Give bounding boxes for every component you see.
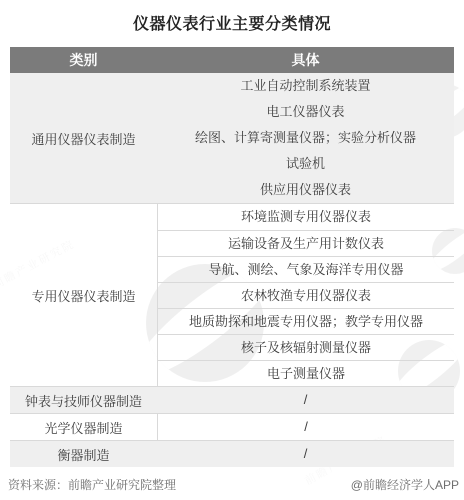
- table-group-special-instruments: 专用仪器仪表制造 环境监测专用仪器仪表 运输设备及生产用计数仪表 导航、测绘、气…: [10, 203, 454, 387]
- detail-cell: 绘图、计算寄测量仪器；实验分析仪器: [157, 125, 454, 151]
- detail-cell-list: 工业自动控制系统装置 电工仪器仪表 绘图、计算寄测量仪器；实验分析仪器 试验机 …: [157, 73, 454, 203]
- detail-cell: 电子测量仪器: [158, 360, 454, 386]
- table-group-weighing-instruments: 衡器制造 /: [10, 441, 454, 467]
- category-cell: 专用仪器仪表制造: [10, 204, 157, 386]
- detail-cell: 电工仪器仪表: [157, 99, 454, 125]
- detail-cell-list: /: [157, 387, 454, 413]
- category-cell: 通用仪器仪表制造: [10, 73, 157, 203]
- category-cell: 钟表与技师仪器制造: [10, 387, 157, 413]
- credit-note: @前瞻经济学人APP: [351, 476, 459, 493]
- detail-cell: 核子及核辐射测量仪器: [158, 334, 454, 360]
- detail-cell: 导航、测绘、气象及海洋专用仪器: [158, 256, 454, 282]
- detail-cell: /: [158, 414, 454, 440]
- detail-cell: 农林牧渔专用仪器仪表: [158, 282, 454, 308]
- page-title: 仪器仪表行业主要分类情况: [0, 0, 464, 34]
- detail-cell-list: 环境监测专用仪器仪表 运输设备及生产用计数仪表 导航、测绘、气象及海洋专用仪器 …: [157, 204, 454, 386]
- table-header-row: 类别 具体: [10, 47, 454, 73]
- classification-table: 类别 具体 通用仪器仪表制造 工业自动控制系统装置 电工仪器仪表 绘图、计算寄测…: [10, 47, 454, 467]
- category-cell: 衡器制造: [10, 441, 157, 467]
- detail-cell: 工业自动控制系统装置: [157, 73, 454, 99]
- table-group-clock-instruments: 钟表与技师仪器制造 /: [10, 387, 454, 413]
- category-cell: 光学仪器制造: [10, 414, 157, 440]
- detail-cell: 供应用仪器仪表: [157, 177, 454, 203]
- footer: 资料来源：前瞻产业研究院整理 @前瞻经济学人APP: [0, 476, 464, 493]
- table-group-optical-instruments: 光学仪器制造 /: [10, 413, 454, 441]
- detail-cell: /: [157, 387, 454, 413]
- detail-cell-list: /: [157, 414, 454, 440]
- detail-cell: 运输设备及生产用计数仪表: [158, 230, 454, 256]
- detail-cell-list: /: [157, 441, 454, 467]
- table-header-category: 类别: [10, 47, 157, 73]
- detail-cell: 试验机: [157, 151, 454, 177]
- detail-cell: /: [157, 441, 454, 467]
- table-header-detail: 具体: [157, 47, 454, 73]
- detail-cell: 地质勘探和地震专用仪器；教学专用仪器: [158, 308, 454, 334]
- source-note: 资料来源：前瞻产业研究院整理: [8, 476, 176, 493]
- table-group-general-instruments: 通用仪器仪表制造 工业自动控制系统装置 电工仪器仪表 绘图、计算寄测量仪器；实验…: [10, 73, 454, 203]
- detail-cell: 环境监测专用仪器仪表: [158, 204, 454, 230]
- infographic-page: 前瞻产业研究院 前瞻产业研究院 前瞻产业研究院 仪器仪表行业主要分类情况 类别 …: [0, 0, 464, 500]
